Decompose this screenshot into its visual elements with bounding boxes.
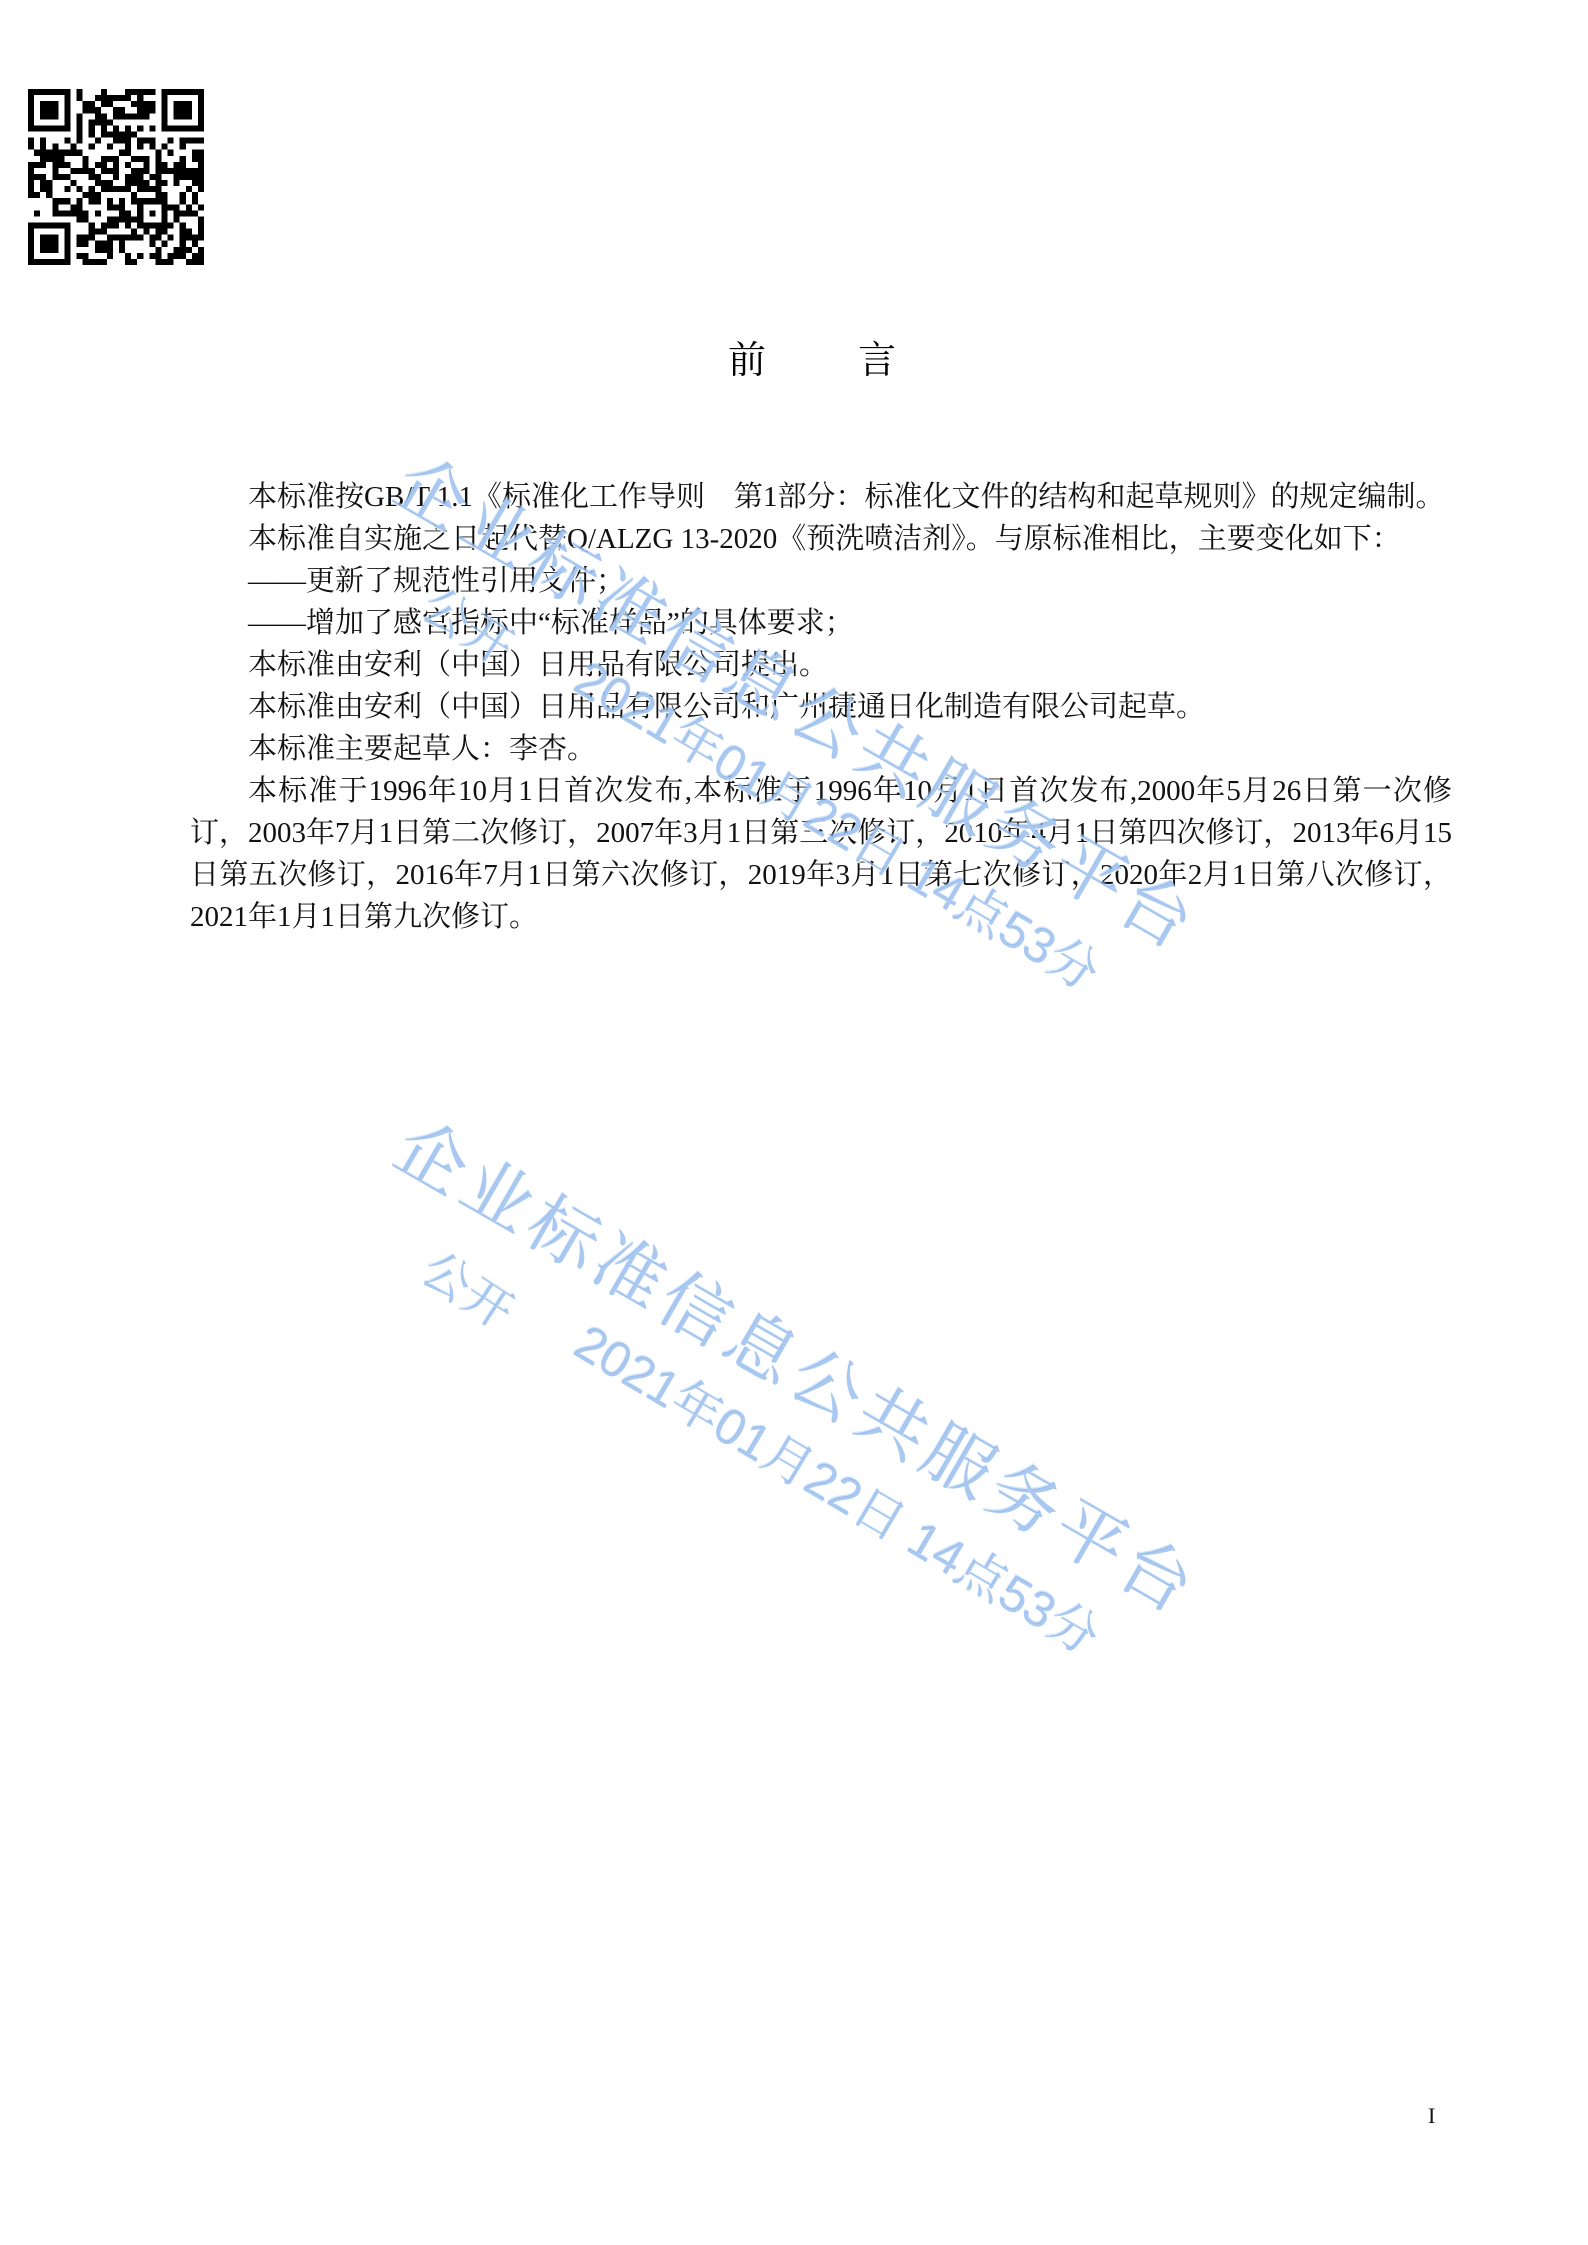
paragraph-change-sensory: ——增加了感官指标中“标准样品”的具体要求； (190, 602, 1452, 644)
title-char-1: 前 (728, 336, 766, 384)
title-char-2: 言 (858, 336, 896, 384)
paragraph-change-references: ——更新了规范性引用文件； (190, 560, 1452, 602)
document-page: 前言 本标准按GB/T 1.1《标准化工作导则 第1部分：标准化文件的结构和起草… (0, 0, 1588, 2245)
foreword-body: 本标准按GB/T 1.1《标准化工作导则 第1部分：标准化文件的结构和起草规则》… (190, 476, 1452, 938)
qr-code-graphic (28, 88, 204, 266)
watermark-public-label-lower: 公开 (410, 1232, 530, 1343)
watermark-datetime-lower: 2021年01月22日 14点53分 (563, 1304, 1114, 1669)
paragraph-drafted-by: 本标准由安利（中国）日用品有限公司和广州捷通日化制造有限公司起草。 (190, 686, 1452, 728)
paragraph-main-drafter: 本标准主要起草人：李杏。 (190, 728, 1452, 770)
paragraph-replaces-standard: 本标准自实施之日起代替Q/ALZG 13-2020《预洗喷洁剂》。与原标准相比，… (190, 518, 1452, 560)
watermark-platform-lower: 企业标准信息公共服务平台 (380, 1092, 1220, 1635)
page-number: I (1428, 2102, 1435, 2130)
paragraph-drafting-rules: 本标准按GB/T 1.1《标准化工作导则 第1部分：标准化文件的结构和起草规则》… (190, 476, 1452, 518)
paragraph-proposed-by: 本标准由安利（中国）日用品有限公司提出。 (190, 644, 1452, 686)
qr-code-icon (28, 88, 204, 266)
paragraph-revision-history: 本标准于1996年10月1日首次发布,本标准于1996年10月1日首次发布,20… (190, 770, 1452, 938)
page-title: 前言 (0, 336, 1588, 384)
